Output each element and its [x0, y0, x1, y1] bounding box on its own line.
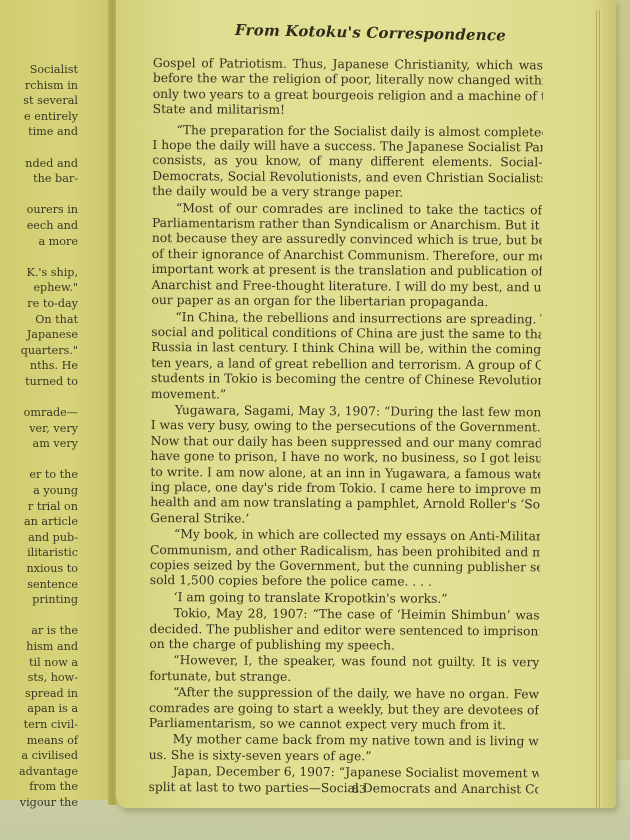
left-page-line: nths. He [0, 358, 78, 374]
page-number: 83 [352, 783, 366, 796]
left-page-line: the bar- [0, 171, 78, 187]
text-line: students in Tokio is becoming the centre… [151, 371, 541, 389]
paragraph: Gospel of Patriotism. Thus, Japanese Chr… [153, 56, 543, 120]
text-line: fortunate, but strange. [149, 669, 539, 687]
left-page-line: from the [0, 779, 78, 795]
left-page-line: sentence [0, 577, 78, 593]
left-page-line: til now a [0, 655, 78, 671]
left-page-line: time and [0, 124, 78, 140]
left-page-line: am very [0, 436, 78, 452]
paragraph: “In China, the rebellions and insurrecti… [151, 309, 542, 404]
left-page-line: nded and [0, 156, 78, 172]
left-page-line: e entirely [0, 109, 78, 125]
text-line: movement.” [151, 387, 541, 405]
left-page-line: K.'s ship, [0, 265, 78, 281]
text-line: ‘I am going to translate Kropotkin's wor… [150, 590, 540, 608]
paragraph: Japan, December 6, 1907: “Japanese Socia… [148, 764, 538, 797]
left-page-line: st several [0, 93, 78, 109]
left-page-line: ephew." [0, 280, 78, 296]
left-page-line: apan is a [0, 701, 78, 717]
paragraph: “My book, in which are collected my essa… [150, 527, 540, 591]
left-page-line: means of [0, 733, 78, 749]
left-page-line [0, 140, 78, 156]
paragraph: ‘I am going to translate Kropotkin's wor… [150, 590, 540, 608]
left-page-line: printing [0, 592, 78, 608]
paragraph: “The preparation for the Socialist daily… [152, 123, 542, 202]
text-line: Tokio, May 28, 1907: “The case of ‘Heimi… [150, 606, 540, 624]
left-page-line: a more [0, 234, 78, 250]
left-page-line: er to the [0, 467, 78, 483]
left-page: Socialistrchism inst severale entirelyti… [0, 0, 112, 800]
left-page-line [0, 187, 78, 203]
text-line: “My book, in which are collected my essa… [150, 527, 540, 545]
text-line: Parliamentarism, so we cannot expect ver… [149, 716, 539, 734]
paragraph: Yugawara, Sagami, May 3, 1907: “During t… [150, 403, 541, 529]
left-page-line: advantage [0, 764, 78, 780]
left-page-line [0, 389, 78, 405]
left-page-line [0, 452, 78, 468]
left-page-line: spread in [0, 686, 78, 702]
paragraph: Tokio, May 28, 1907: “The case of ‘Heimi… [149, 606, 539, 655]
left-page-line: ar is the [0, 623, 78, 639]
page-edges [596, 10, 602, 808]
left-page-text: Socialistrchism inst severale entirelyti… [0, 62, 78, 811]
left-page-line: ilitaristic [0, 545, 78, 561]
left-page-line: re to-day [0, 296, 78, 312]
left-page-line: rchism in [0, 78, 78, 94]
left-page-line: Japanese [0, 327, 78, 343]
left-page-line: tern civil- [0, 717, 78, 733]
left-page-line: a civilised [0, 748, 78, 764]
body-text: Gospel of Patriotism. Thus, Japanese Chr… [148, 56, 543, 798]
text-line: our paper as an organ for the libertaria… [151, 293, 541, 311]
left-page-line: ourers in [0, 202, 78, 218]
left-page-line: ver, very [0, 421, 78, 437]
text-line: the daily would be a very strange paper. [152, 184, 542, 202]
left-page-line [0, 608, 78, 624]
paragraph: My mother came back from my native town … [149, 732, 539, 765]
left-page-line: On that [0, 312, 78, 328]
left-page-line: and pub- [0, 530, 78, 546]
text-line: have gone to prison, I have no work, no … [151, 449, 541, 467]
text-line: General Strike.’ [150, 511, 540, 529]
left-page-line [0, 249, 78, 265]
left-page-line: eech and [0, 218, 78, 234]
left-page-line: turned to [0, 374, 78, 390]
text-line: on the charge of publishing my speech. [149, 637, 539, 655]
photo-scene: Socialistrchism inst severale entirelyti… [0, 0, 630, 840]
left-page-line: sts, how- [0, 670, 78, 686]
paragraph: “Most of our comrades are inclined to ta… [151, 201, 542, 311]
left-page-line: vigour the [0, 795, 78, 811]
paragraph: “After the suppression of the daily, we … [149, 685, 539, 734]
text-line: sold 1,500 copies before the police came… [150, 573, 540, 591]
text-line: us. She is sixty-seven years of age.” [149, 748, 539, 766]
text-line: State and militarism! [153, 102, 543, 120]
left-page-line: an article [0, 514, 78, 530]
left-page-line: quarters." [0, 343, 78, 359]
left-page-line: nxious to [0, 561, 78, 577]
left-page-line: r trial on [0, 499, 78, 515]
left-page-line: a young [0, 483, 78, 499]
left-page-line: Socialist [0, 62, 78, 78]
paragraph: “However, I, the speaker, was found not … [149, 653, 539, 686]
left-page-line: omrade— [0, 405, 78, 421]
left-page-line: hism and [0, 639, 78, 655]
text-line: split at last to two parties—Social Demo… [148, 780, 538, 798]
